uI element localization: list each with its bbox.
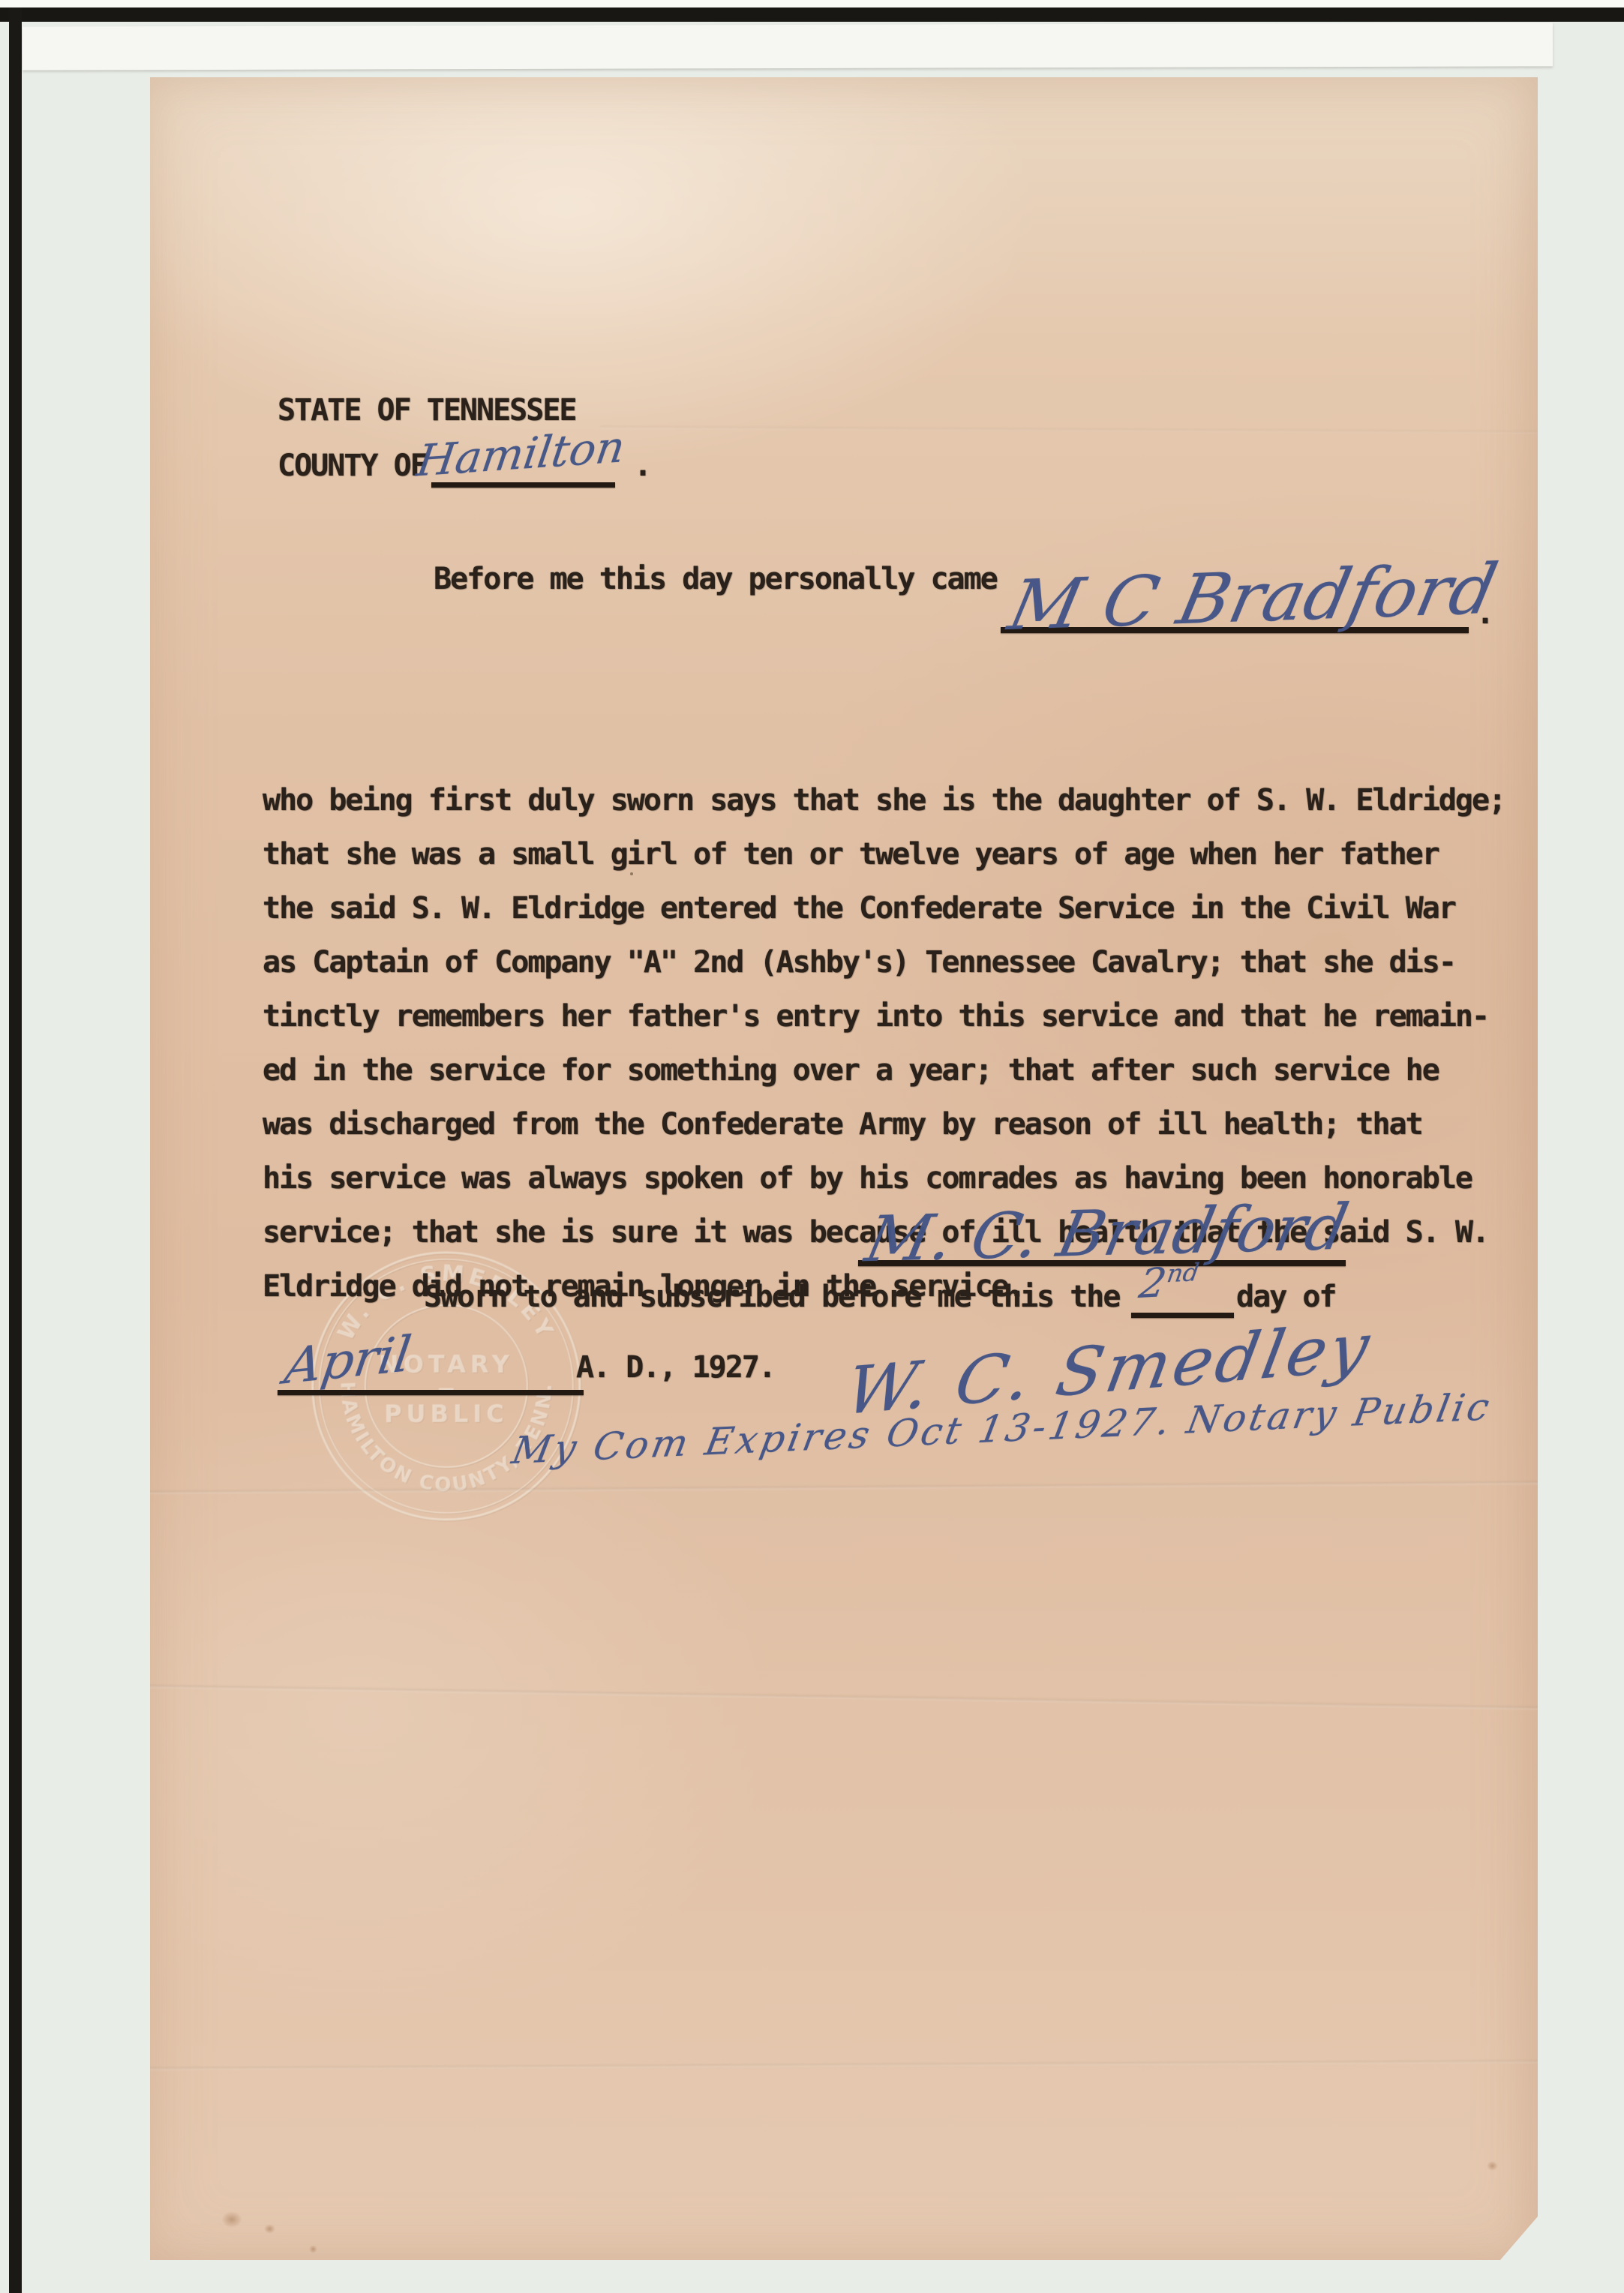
stain xyxy=(1487,2161,1498,2171)
seal-public-text: PUBLIC xyxy=(384,1400,509,1428)
speck xyxy=(630,872,633,875)
affidavit-line: as Captain of Company "A" 2nd (Ashby's) … xyxy=(263,935,1505,989)
stain xyxy=(1529,2251,1542,2262)
speck xyxy=(1020,1064,1023,1067)
affidavit-line: that she was a small girl of ten or twel… xyxy=(263,827,1505,881)
county-handwritten-value: Hamilton xyxy=(413,422,628,487)
affidavit-line: the said S. W. Eldridge entered the Conf… xyxy=(263,881,1505,935)
stain xyxy=(221,2211,242,2228)
county-period: . xyxy=(634,449,650,483)
fold-crease-middle xyxy=(143,1685,1568,1710)
lead-in-line: Before me this day personally came xyxy=(434,562,997,596)
sworn-line: Sworn to and subscribed before me this t… xyxy=(424,1280,1119,1314)
fold-crease-lower xyxy=(143,2060,1568,2070)
affiant-signature-handwritten: M. C. Bradford xyxy=(860,1190,1354,1277)
affidavit-line: tinctly remembers her father's entry int… xyxy=(263,989,1505,1043)
year-line: A. D., 1927. xyxy=(576,1350,775,1385)
county-label: COUNTY OF xyxy=(278,449,427,483)
affidavit-line: was discharged from the Confederate Army… xyxy=(263,1097,1505,1151)
affidavit-line: who being first duly sworn says that she… xyxy=(263,773,1505,827)
scanned-document: W. C. SMEDLEY NOTARY — PUBLIC HAMILTON C… xyxy=(0,0,1624,2293)
affidavit-line: ed in the service for something over a y… xyxy=(263,1043,1505,1097)
scanner-left-bar xyxy=(9,8,22,2293)
scanner-white-band xyxy=(23,23,1553,70)
seal-dash: — xyxy=(438,1379,455,1398)
scanner-top-bar xyxy=(0,8,1624,22)
stain xyxy=(309,2245,317,2253)
state-line: STATE OF TENNESSEE xyxy=(278,393,575,428)
day-suffix: nd xyxy=(1165,1258,1201,1288)
scanner-edge-strip xyxy=(0,0,1624,8)
stain xyxy=(264,2224,275,2234)
day-handwritten: 2nd xyxy=(1136,1257,1202,1307)
day-of-label: day of xyxy=(1236,1280,1336,1314)
fold-crease-top xyxy=(600,426,1538,434)
day-underline xyxy=(1131,1313,1234,1318)
affidavit-paper: W. C. SMEDLEY NOTARY — PUBLIC HAMILTON C… xyxy=(150,77,1538,2260)
